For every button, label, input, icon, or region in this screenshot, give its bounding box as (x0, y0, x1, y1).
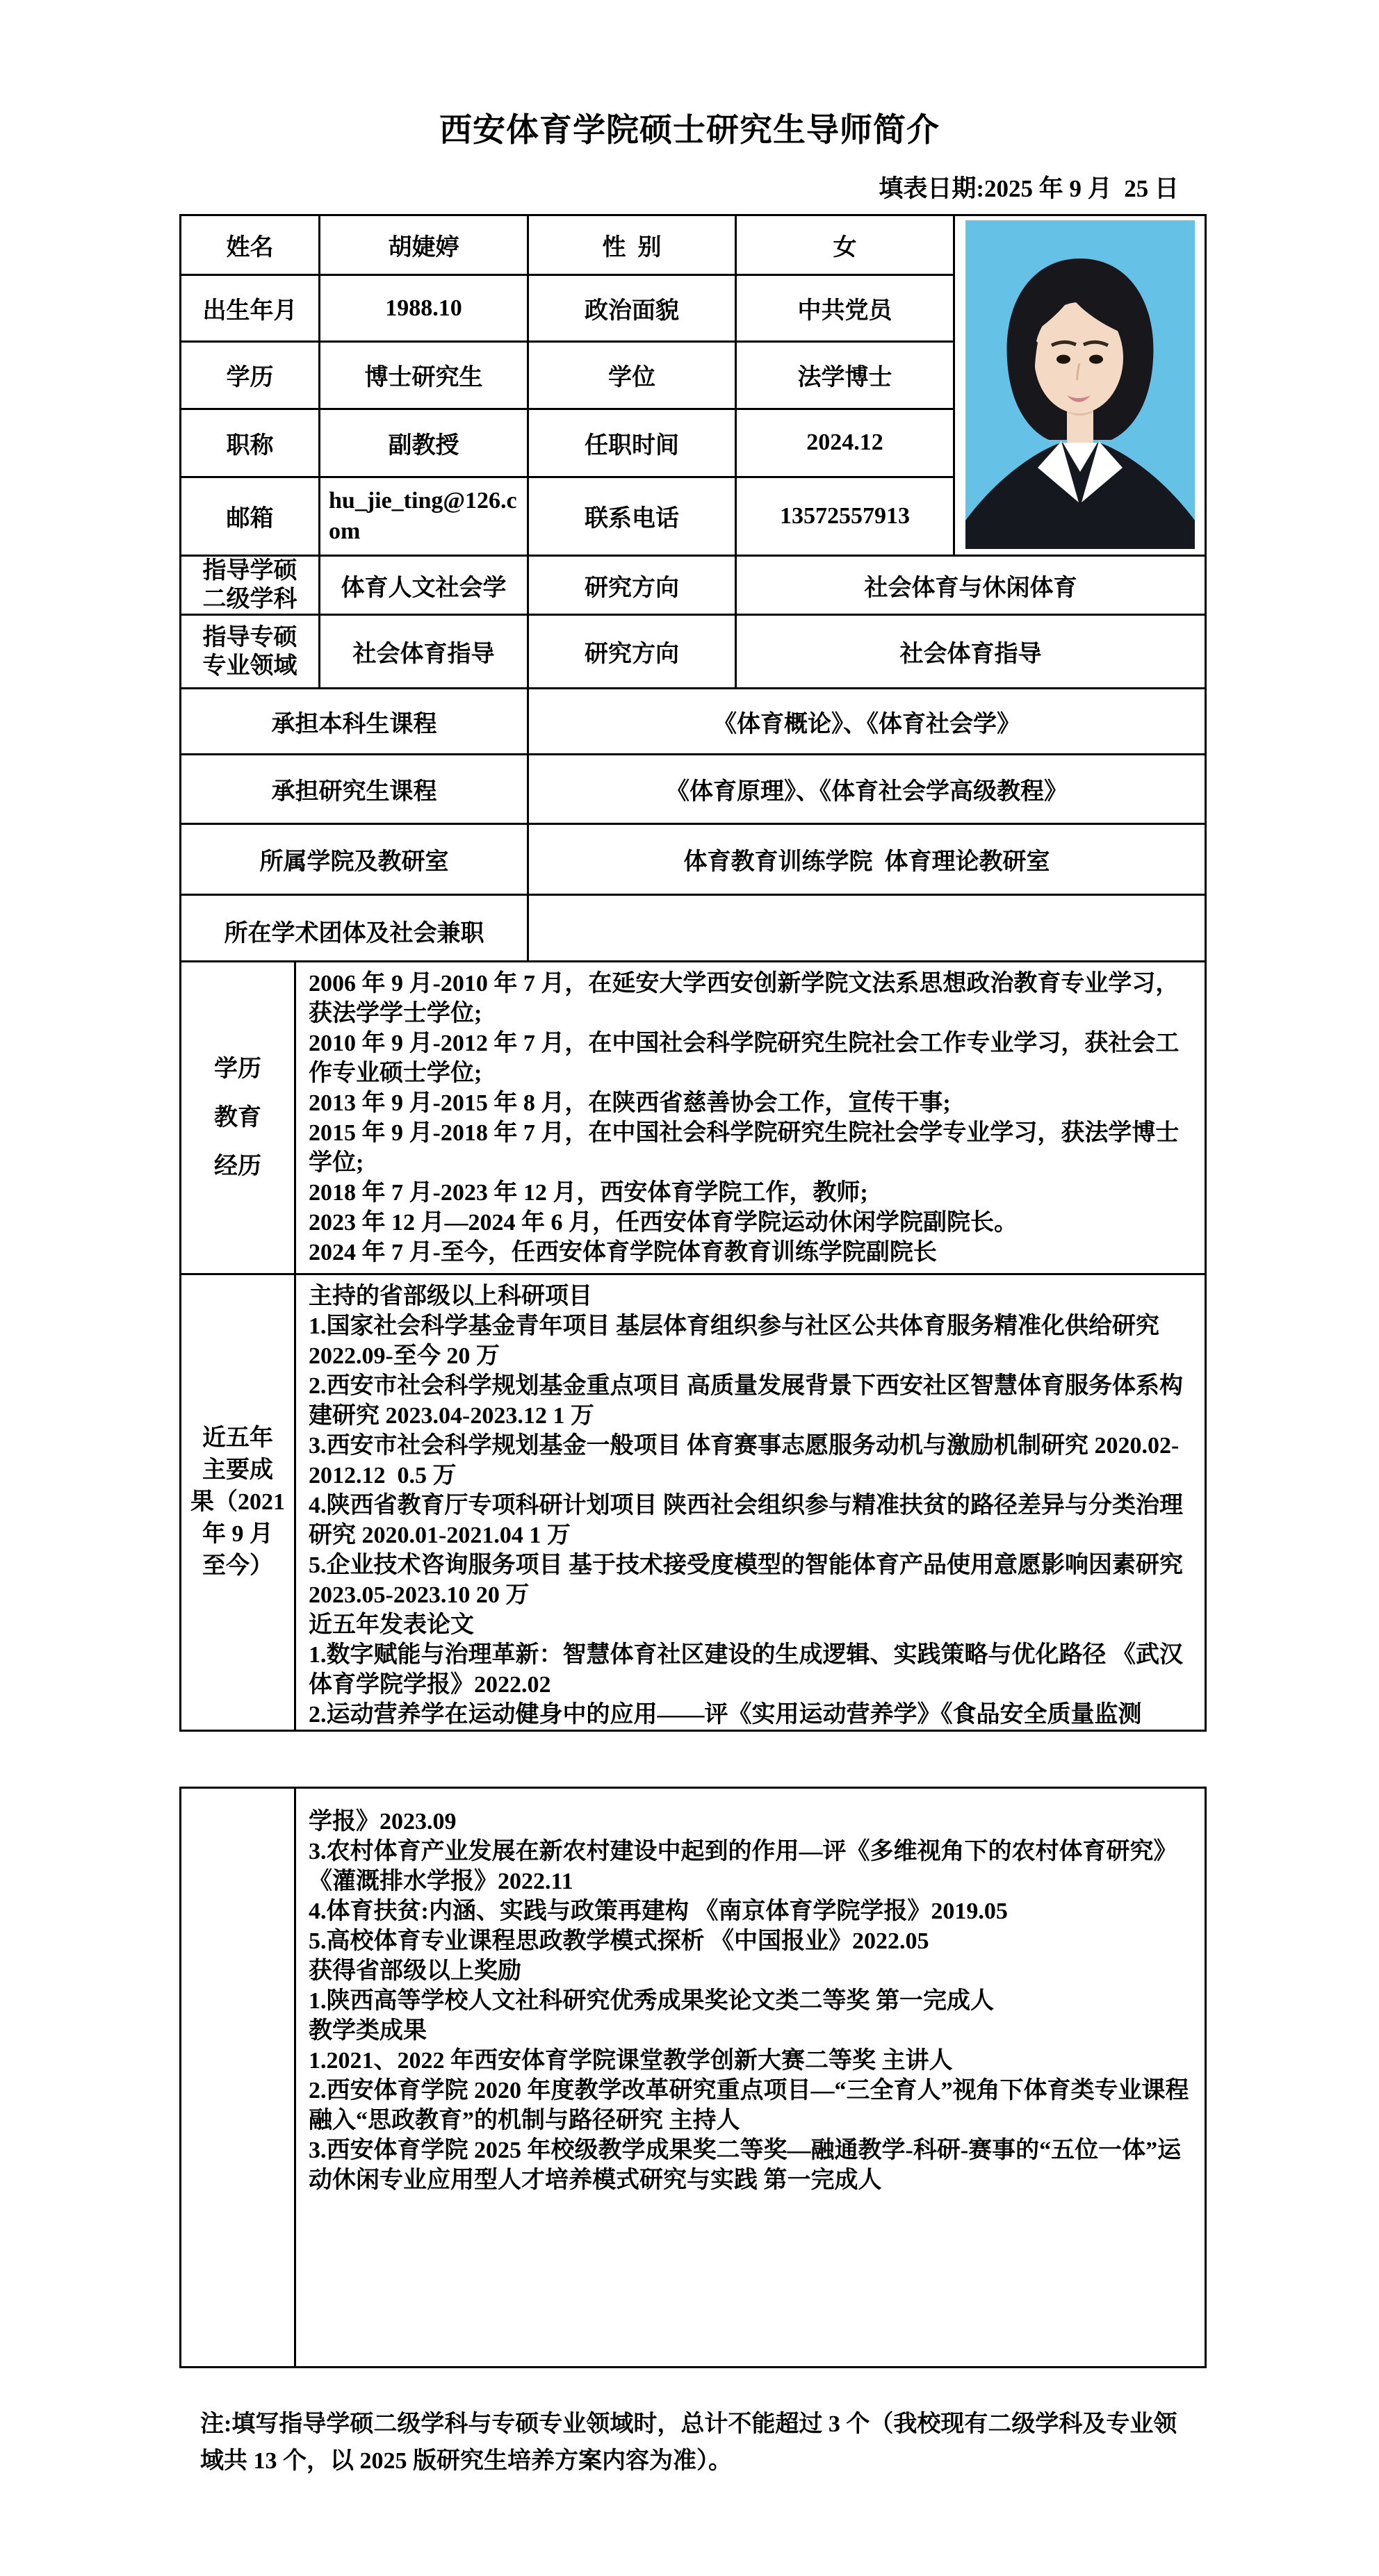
achievement-entry: 2.西安市社会科学规划基金重点项目 高质量发展背景下西安社区智慧体育服务体系构建… (309, 1371, 1195, 1431)
education-level-label: 学历 (181, 342, 320, 409)
recent-achievements-label: 近五年主要成果（2021年 9 月至今） (181, 1274, 295, 1731)
education-entry: 2024 年 7 月-至今，任西安体育学院体育教育训练学院副院长 (309, 1238, 1195, 1268)
name-label: 姓名 (181, 215, 320, 275)
achievement-entry: 3.农村体育产业发展在新农村建设中起到的作用—评《多维视角下的农村体育研究》《灌… (309, 1837, 1195, 1896)
education-history-content: 2006 年 9 月-2010 年 7 月，在延安大学西安创新学院文法系思想政治… (295, 962, 1206, 1274)
education-entry: 2018 年 7 月-2023 年 12 月，西安体育学院工作，教师; (309, 1178, 1195, 1208)
academic-master-discipline-value: 体育人文社会学 (320, 556, 528, 615)
label-line: 指导专硕 (181, 623, 318, 652)
footnote: 注:填写指导学硕二级学科与专硕专业领域时，总计不能超过 3 个（我校现有二级学科… (200, 2406, 1184, 2479)
job-title-value: 副教授 (320, 409, 528, 477)
degree-value: 法学博士 (736, 342, 954, 409)
achievement-entry: 1.陕西高等学校人文社科研究优秀成果奖论文类二等奖 第一完成人 (309, 1986, 1195, 2016)
recent-achievements-content: 主持的省部级以上科研项目1.国家社会科学基金青年项目 基层体育组织参与社区公共体… (295, 1274, 1206, 1731)
school-office-label: 所属学院及教研室 (181, 824, 528, 895)
birth-label: 出生年月 (181, 275, 320, 342)
eye-right (1089, 355, 1103, 364)
graduate-courses-label: 承担研究生课程 (181, 755, 528, 824)
professional-master-field-label: 指导专硕专业领域 (181, 615, 320, 689)
photo-cell (954, 215, 1206, 556)
phone-value: 13572557913 (736, 477, 954, 555)
achievement-entry: 教学类成果 (309, 2016, 1195, 2046)
page-title: 西安体育学院硕士研究生导师简介 (0, 104, 1379, 151)
label-line: 二级学科 (181, 585, 318, 614)
education-entry: 2006 年 9 月-2010 年 7 月，在延安大学西安创新学院文法系思想政治… (309, 969, 1195, 1028)
birth-value: 1988.10 (320, 275, 528, 342)
undergrad-courses-value: 《体育概论》、《体育社会学》 (528, 689, 1206, 755)
undergrad-courses-label: 承担本科生课程 (181, 689, 528, 755)
degree-label: 学位 (528, 342, 736, 409)
research-direction-label-2: 研究方向 (528, 615, 736, 689)
label-line: 专业领域 (181, 652, 318, 680)
societies-value (528, 895, 1206, 967)
education-entry: 2015 年 9 月-2018 年 7 月，在中国社会科学院研究生院社会学专业学… (309, 1118, 1195, 1178)
achievement-entry: 4.陕西省教育厅专项科研计划项目 陕西社会组织参与精准扶贫的路径差异与分类治理研… (309, 1491, 1195, 1550)
achievement-entry: 近五年发表论文 (309, 1610, 1195, 1640)
gender-value: 女 (736, 215, 954, 275)
research-direction-value-2: 社会体育指导 (736, 615, 1206, 689)
achievement-entry: 3.西安体育学院 2025 年校级教学成果奖二等奖—融通教学-科研-赛事的“五位… (309, 2135, 1195, 2195)
achievement-entry: 获得省部级以上奖励 (309, 1956, 1195, 1986)
achievement-entry: 1.2021、2022 年西安体育学院课堂教学创新大赛二等奖 主讲人 (309, 2046, 1195, 2076)
email-label: 邮箱 (181, 477, 320, 555)
achievement-entry: 4.体育扶贫:内涵、实践与政策再建构 《南京体育学院学报》2019.05 (309, 1896, 1195, 1926)
achievements-continuation-table: 学报》2023.093.农村体育产业发展在新农村建设中起到的作用—评《多维视角下… (179, 1787, 1207, 2368)
research-direction-value-1: 社会体育与休闲体育 (736, 556, 1206, 615)
professional-master-field-value: 社会体育指导 (320, 615, 528, 689)
achievement-entry: 5.企业技术咨询服务项目 基于技术接受度模型的智能体育产品使用意愿影响因素研究 … (309, 1550, 1195, 1610)
label-line: 教育 (181, 1094, 294, 1142)
achievement-entry: 5.高校体育专业课程思政教学模式探析 《中国报业》2022.05 (309, 1926, 1195, 1956)
email-value: hu_jie_ting@126.com (320, 477, 528, 555)
gender-label: 性 别 (528, 215, 736, 275)
achievement-entry: 学报》2023.09 (309, 1807, 1195, 1837)
label-line: 经历 (181, 1142, 294, 1191)
job-title-label: 职称 (181, 409, 320, 477)
fill-date-line: 填表日期:2025 年 9 月 25 日 (0, 170, 1179, 204)
achievement-entry: 3.西安市社会科学规划基金一般项目 体育赛事志愿服务动机与激励机制研究 2020… (309, 1431, 1195, 1491)
label-line: 指导学硕 (181, 557, 318, 585)
history-achievements-table: 学历教育经历 2006 年 9 月-2010 年 7 月，在延安大学西安创新学院… (179, 960, 1207, 1732)
achievement-entry: 2.西安体育学院 2020 年度教学改革研究重点项目—“三全育人”视角下体育类专… (309, 2076, 1195, 2135)
basic-info-table: 姓名 胡婕婷 性 别 女 (179, 214, 1207, 967)
phone-label: 联系电话 (528, 477, 736, 555)
achievements-continuation-content: 学报》2023.093.农村体育产业发展在新农村建设中起到的作用—评《多维视角下… (295, 1788, 1206, 2368)
education-entry: 2013 年 9 月-2015 年 8 月，在陕西省慈善协会工作，宣传干事; (309, 1088, 1195, 1118)
label-line: 主要成 (181, 1454, 294, 1486)
education-entry: 2010 年 9 月-2012 年 7 月，在中国社会科学院研究生院社会工作专业… (309, 1028, 1195, 1088)
label-line: 果（2021 (181, 1486, 294, 1518)
label-line: 学历 (181, 1045, 294, 1094)
achievement-entry: 1.国家社会科学基金青年项目 基层体育组织参与社区公共体育服务精准化供给研究 2… (309, 1311, 1195, 1371)
academic-master-discipline-label: 指导学硕二级学科 (181, 556, 320, 615)
appointment-time-label: 任职时间 (528, 409, 736, 477)
label-line: 年 9 月 (181, 1518, 294, 1550)
achievement-entry: 主持的省部级以上科研项目 (309, 1281, 1195, 1311)
supervisor-photo (965, 220, 1195, 549)
blank-label-cell (181, 1788, 295, 2368)
education-level-value: 博士研究生 (320, 342, 528, 409)
name-value: 胡婕婷 (320, 215, 528, 275)
education-history-label: 学历教育经历 (181, 962, 295, 1274)
political-status-label: 政治面貌 (528, 275, 736, 342)
political-status-value: 中共党员 (736, 275, 954, 342)
document-page: 西安体育学院硕士研究生导师简介 填表日期:2025 年 9 月 25 日 姓名 … (0, 0, 1379, 2576)
societies-label: 所在学术团体及社会兼职 (181, 895, 528, 967)
label-line: 近五年 (181, 1422, 294, 1454)
graduate-courses-value: 《体育原理》、《体育社会学高级教程》 (528, 755, 1206, 824)
education-entry: 2023 年 12 月—2024 年 6 月，任西安体育学院运动休闲学院副院长。 (309, 1208, 1195, 1238)
appointment-time-value: 2024.12 (736, 409, 954, 477)
achievement-entry: 2.运动营养学在运动健身中的应用——评《实用运动营养学》《食品安全质量监测 (309, 1700, 1195, 1730)
research-direction-label-1: 研究方向 (528, 556, 736, 615)
school-office-value: 体育教育训练学院 体育理论教研室 (528, 824, 1206, 895)
label-line: 至今） (181, 1550, 294, 1582)
eye-left (1056, 355, 1070, 364)
achievement-entry: 1.数字赋能与治理革新：智慧体育社区建设的生成逻辑、实践策略与优化路径 《武汉体… (309, 1640, 1195, 1700)
